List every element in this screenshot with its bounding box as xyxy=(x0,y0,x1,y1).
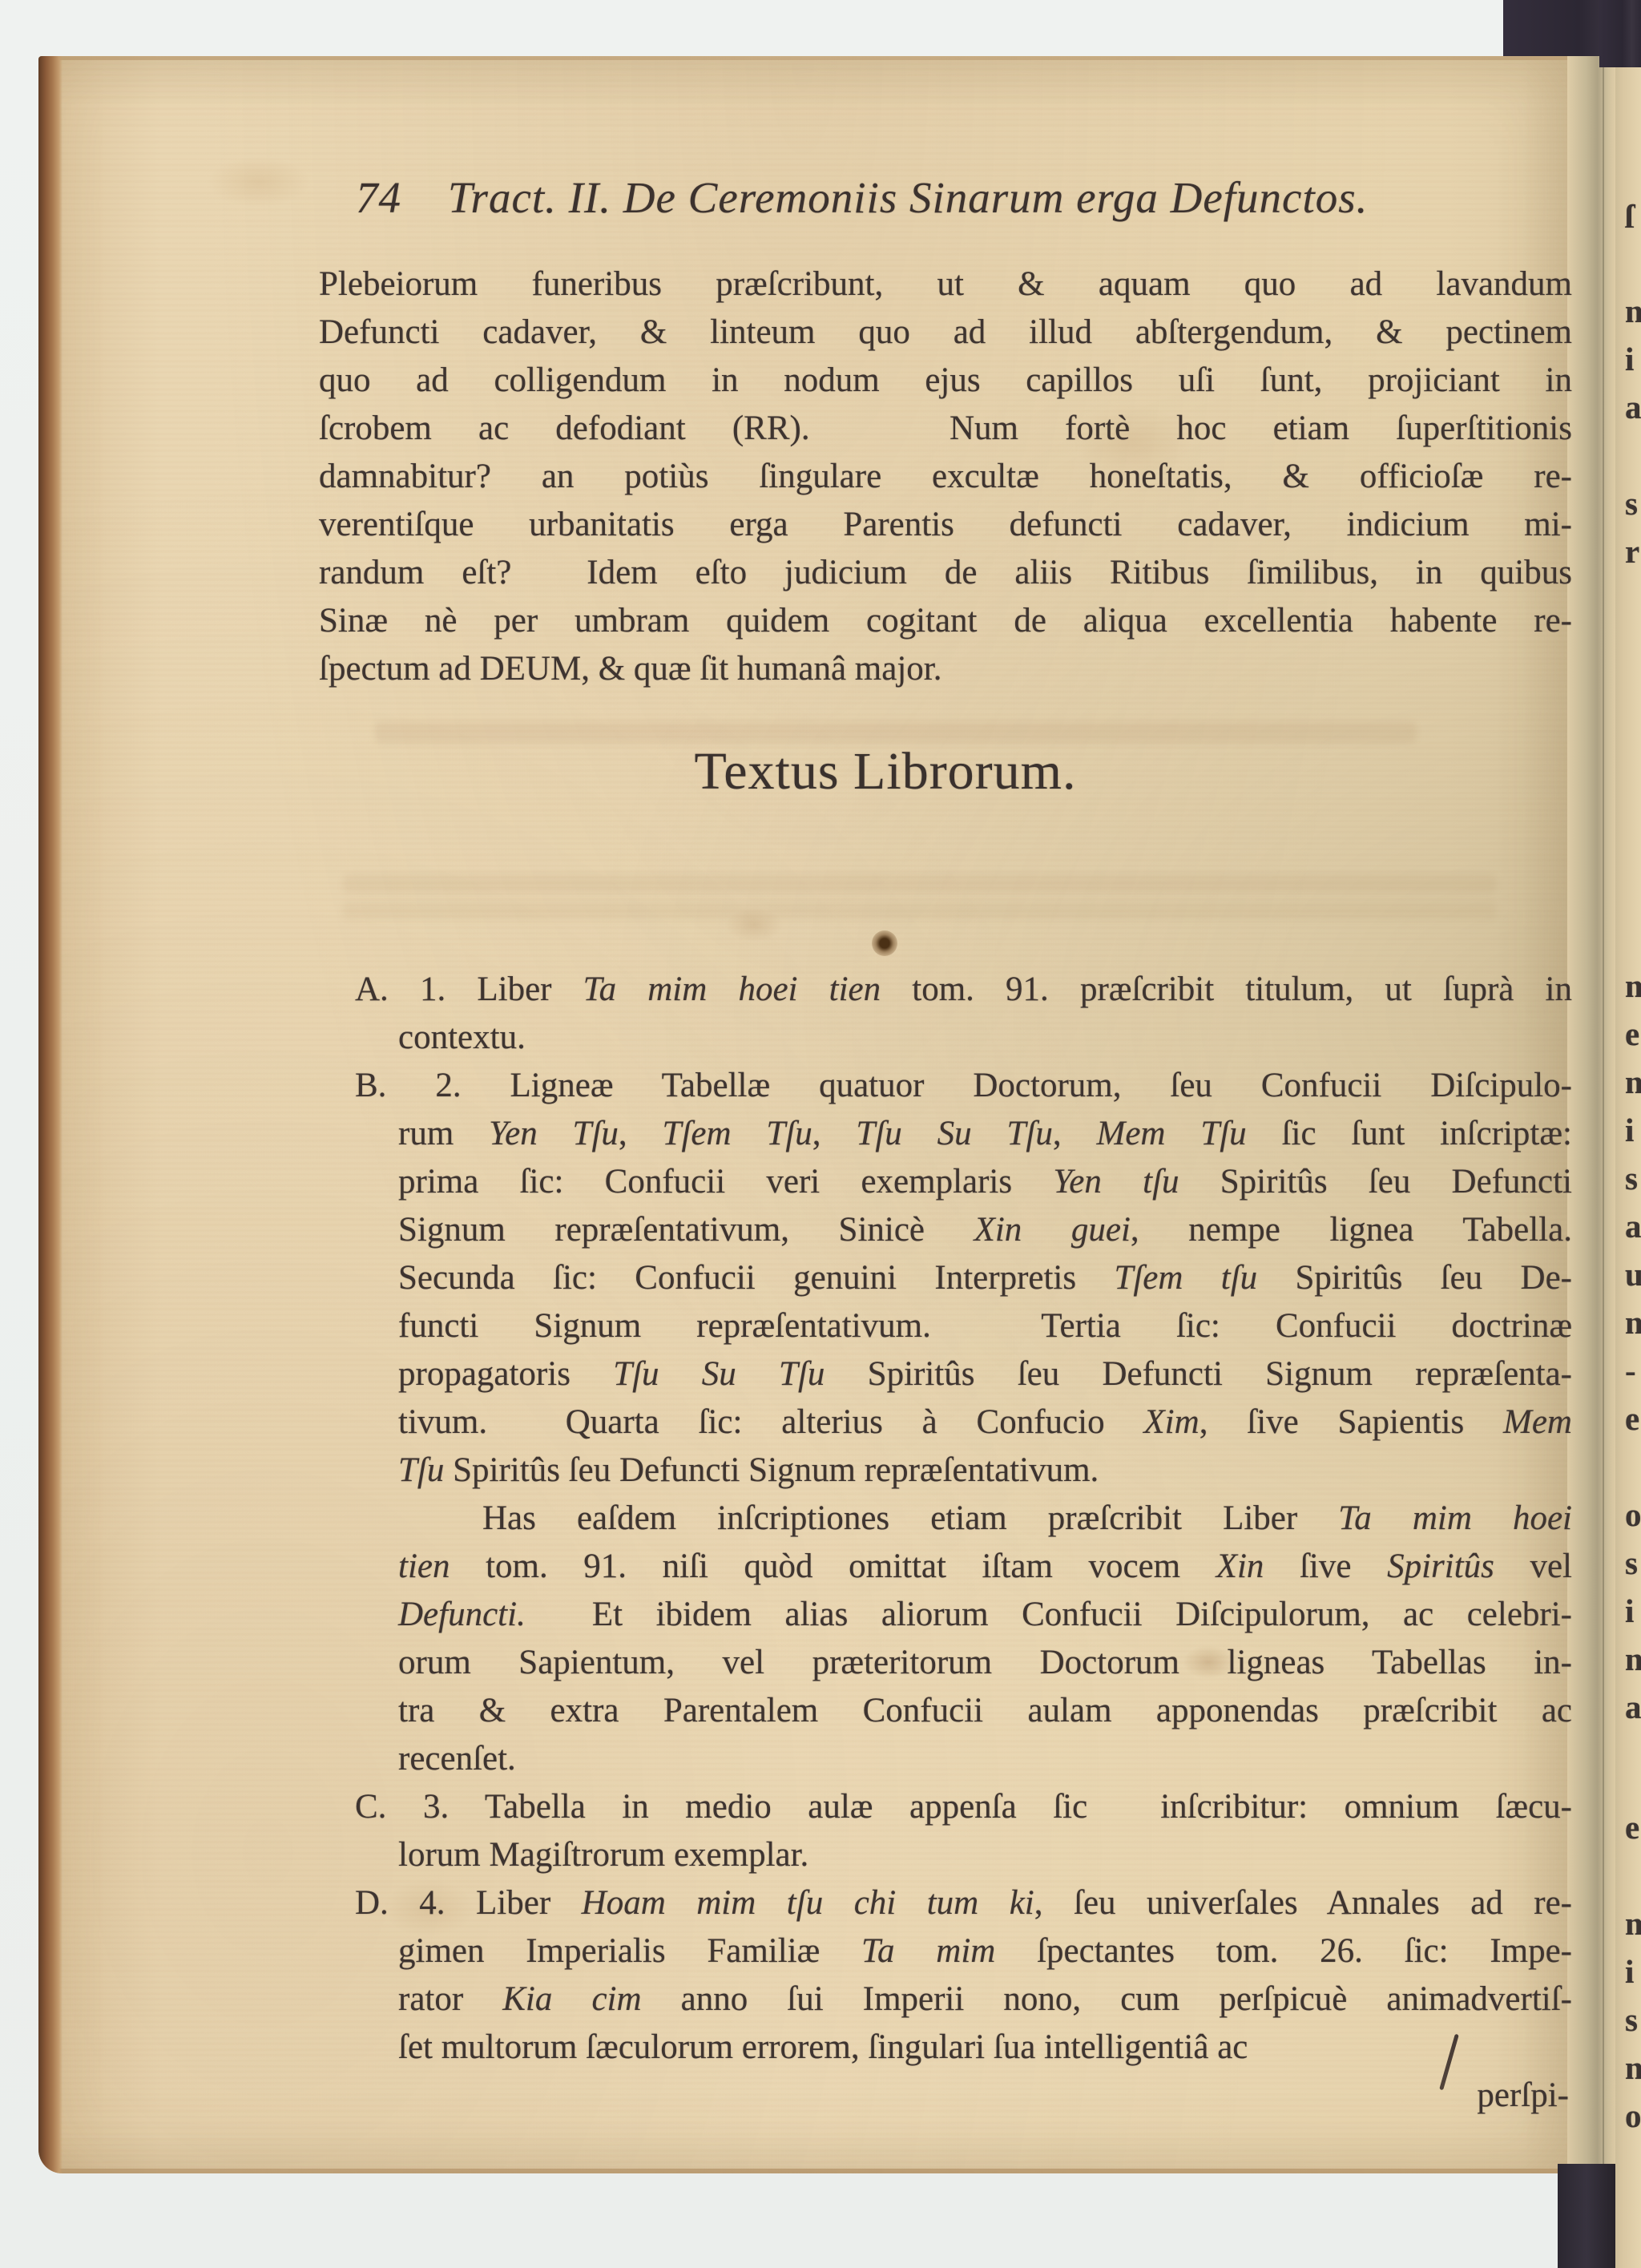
text-line: prima ſic: Confucii veri exemplaris Yen … xyxy=(319,1158,1572,1206)
ink-blot xyxy=(872,930,897,956)
edge-letter-fragment: e xyxy=(1625,1399,1639,1438)
text-line: recenſet. xyxy=(319,1735,1572,1783)
book-page: 74 Tract. II. De Ceremoniis Sinarum erga… xyxy=(38,56,1567,2173)
text-line: tivum. Quarta ſic: alterius à Confucio X… xyxy=(319,1398,1572,1447)
edge-letter-fragment: a xyxy=(1625,1688,1641,1726)
chapter-title: Tract. II. De Ceremoniis Sinarum erga De… xyxy=(448,172,1368,223)
edge-letter-fragment: n xyxy=(1625,1640,1641,1678)
edge-letter-fragment: i xyxy=(1625,1111,1634,1149)
show-through-smudge xyxy=(343,902,1497,919)
edge-letter-fragment: s xyxy=(1625,484,1638,523)
page-number: 74 xyxy=(319,172,401,223)
text-line: ſcrobem ac defodiant (RR). Num fortè hoc… xyxy=(319,405,1572,453)
edge-letter-fragment: n xyxy=(1625,292,1641,330)
edge-letter-fragment: ſ xyxy=(1625,197,1634,236)
show-through-smudge xyxy=(375,722,1417,743)
text-line: Secunda ſic: Confucii genuini Interpreti… xyxy=(319,1254,1572,1302)
edge-letter-fragment: i xyxy=(1625,1952,1634,1991)
edge-letter-fragment: i xyxy=(1625,340,1634,378)
edge-letter-fragment: n xyxy=(1625,1303,1641,1342)
text-line: ſet multorum ſæculorum errorem, ſingular… xyxy=(319,2024,1572,2072)
show-through-smudge xyxy=(343,874,1497,894)
text-line: B. 2. Ligneæ Tabellæ quatuor Doctorum, ſ… xyxy=(319,1062,1572,1110)
edge-letter-fragment: m xyxy=(1625,1904,1641,1943)
text-line: Signum repræſentativum, Sinicè Xin guei,… xyxy=(319,1206,1572,1254)
edge-letter-fragment: s xyxy=(1625,1159,1638,1197)
text-line: C. 3. Tabella in medio aulæ appenſa ſic … xyxy=(319,1783,1572,1831)
text-line: contextu. xyxy=(319,1014,1572,1062)
running-head: 74 Tract. II. De Ceremoniis Sinarum erga… xyxy=(319,172,1572,223)
text-line: propagatoris Tſu Su Tſu Spiritûs ſeu Def… xyxy=(319,1350,1572,1398)
page-left-edge xyxy=(38,56,62,2173)
text-line: D. 4. Liber Hoam mim tſu chi tum ki, ſeu… xyxy=(319,1879,1572,1927)
text-line: quo ad colligendum in nodum ejus capillo… xyxy=(319,357,1572,405)
text-line: gimen Imperialis Familiæ Ta mim ſpectant… xyxy=(319,1927,1572,1975)
edge-letter-fragment: i xyxy=(1625,1592,1634,1630)
book-cover-top-strip xyxy=(1503,0,1641,56)
text-line: Defuncti cadaver, & linteum quo ad illud… xyxy=(319,309,1572,357)
text-line: lorum Magiſtrorum exemplar. xyxy=(319,1831,1572,1879)
edge-letter-fragment: a xyxy=(1625,388,1641,426)
edge-letter-fragment: e xyxy=(1625,1015,1639,1053)
edge-letter-fragment: e xyxy=(1625,1808,1639,1846)
edge-letter-fragment: s xyxy=(1625,1544,1638,1582)
text-line: functi Signum repræſentativum. Tertia ſi… xyxy=(319,1302,1572,1350)
book-cover-bottom-strip xyxy=(1558,2164,1615,2268)
text-line: rum Yen Tſu, Tſem Tſu, Tſu Su Tſu, Mem T… xyxy=(319,1110,1572,1158)
text-line: perſpi- xyxy=(319,2072,1572,2120)
text-line: Tſu Spiritûs ſeu Defuncti Signum repræſe… xyxy=(319,1447,1572,1495)
text-line: ſpectum ad DEUM, & quæ ſit humanâ major. xyxy=(319,645,1572,693)
text-line: verentiſque urbanitatis erga Parentis de… xyxy=(319,501,1572,549)
text-line: Defuncti. Et ibidem alias aliorum Confuc… xyxy=(319,1591,1572,1639)
edge-letter-fragment: u xyxy=(1625,1255,1641,1293)
text-line: rator Kia cim anno ſui Imperii nono, cum… xyxy=(319,1975,1572,2024)
text-line: Has eaſdem inſcriptiones etiam præſcribi… xyxy=(319,1495,1572,1543)
text-line: tien tom. 91. niſi quòd omittat iſtam vo… xyxy=(319,1543,1572,1591)
edge-letter-fragment: n xyxy=(1625,1063,1641,1101)
textus-librorum-list: A. 1. Liber Ta mim hoei tien tom. 91. pr… xyxy=(319,966,1572,2120)
text-line: randum eſt? Idem eſto judicium de aliis … xyxy=(319,549,1572,597)
paper-stain xyxy=(207,156,311,208)
book-scan: ſniasrmenisaun-eosinaemisno 74 Tract. II… xyxy=(0,0,1641,2268)
text-line: Sinæ nè per umbram quidem cogitant de al… xyxy=(319,597,1572,645)
edge-letter-fragment: n xyxy=(1625,2048,1641,2087)
edge-letter-fragment: a xyxy=(1625,1207,1641,1245)
paragraph-plebeiorum: Plebeiorum funeribus præſcribunt, ut & a… xyxy=(319,260,1572,693)
edge-letter-fragment: r xyxy=(1625,532,1639,571)
paper-stain xyxy=(724,908,784,942)
text-line: A. 1. Liber Ta mim hoei tien tom. 91. pr… xyxy=(319,966,1572,1014)
edge-letter-fragment: s xyxy=(1625,2000,1638,2039)
text-line: tra & extra Parentalem Confucii aulam ap… xyxy=(319,1687,1572,1735)
edge-letter-fragment: o xyxy=(1625,1495,1641,1534)
section-heading: Textus Librorum. xyxy=(319,741,1572,802)
edge-letter-fragment: o xyxy=(1625,2096,1641,2135)
text-line: Plebeiorum funeribus præſcribunt, ut & a… xyxy=(319,260,1572,309)
text-line: orum Sapientum, vel præteritorum Doctoru… xyxy=(319,1639,1572,1687)
text-line: damnabitur? an potiùs ſingulare excultæ … xyxy=(319,453,1572,501)
edge-letter-fragment: m xyxy=(1625,967,1641,1005)
edge-letter-fragment: - xyxy=(1625,1351,1636,1390)
